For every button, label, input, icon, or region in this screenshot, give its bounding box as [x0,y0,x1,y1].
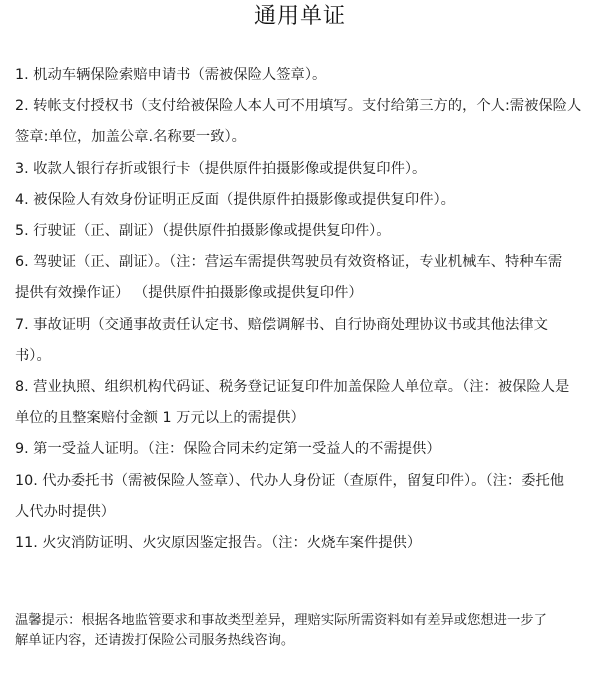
list-item-text: 4. 被保险人有效身份证明正反面（提供原件拍摄影像或提供复印件）。 [15,185,595,216]
list-item-text: 9. 第一受益人证明。（注：保险合同未约定第一受益人的不需提供） [15,434,595,465]
list-item-text: 5. 行驶证（正、副证）（提供原件拍摄影像或提供复印件）。 [15,216,595,247]
list-item-text: 10. 代办委托书（需被保险人签章）、代办人身份证（查原件，留复印件）。（注：委… [15,466,595,497]
document-list: 1. 机动车辆保险索赔申请书（需被保险人签章）。 2. 转帐支付授权书（支付给被… [15,60,595,559]
list-item-8: 8. 营业执照、组织机构代码证、税务登记证复印件加盖保险人单位章。（注：被保险人… [15,372,595,434]
list-item-text: 8. 营业执照、组织机构代码证、税务登记证复印件加盖保险人单位章。（注：被保险人… [15,372,595,403]
list-item-10: 10. 代办委托书（需被保险人签章）、代办人身份证（查原件，留复印件）。（注：委… [15,466,595,528]
list-item-2: 2. 转帐支付授权书（支付给被保险人本人可不用填写。支付给第三方的，个人:需被保… [15,91,595,153]
list-item-3: 3. 收款人银行存折或银行卡（提供原件拍摄影像或提供复印件）。 [15,154,595,185]
list-item-text: 6. 驾驶证（正、副证）。（注：营运车需提供驾驶员有效资格证，专业机械车、特种车… [15,247,595,278]
tip-text: 温馨提示：根据各地监管要求和事故类型差异，理赔实际所需资料如有差异或您想进一步了 [15,611,595,631]
list-item-1: 1. 机动车辆保险索赔申请书（需被保险人签章）。 [15,60,595,91]
list-item-text: 11. 火灾消防证明、火灾原因鉴定报告。（注：火烧车案件提供） [15,528,595,559]
warm-tip-note: 温馨提示：根据各地监管要求和事故类型差异，理赔实际所需资料如有差异或您想进一步了… [15,611,595,651]
list-item-text: 2. 转帐支付授权书（支付给被保险人本人可不用填写。支付给第三方的，个人:需被保… [15,91,595,122]
list-item-7: 7. 事故证明（交通事故责任认定书、赔偿调解书、自行协商处理协议书或其他法律文 … [15,310,595,372]
list-item-text: 3. 收款人银行存折或银行卡（提供原件拍摄影像或提供复印件）。 [15,154,595,185]
list-item-text-continued: 提供有效操作证） （提供原件拍摄影像或提供复印件） [15,278,595,309]
page-title: 通用单证 [0,2,600,32]
list-item-11: 11. 火灾消防证明、火灾原因鉴定报告。（注：火烧车案件提供） [15,528,595,559]
list-item-9: 9. 第一受益人证明。（注：保险合同未约定第一受益人的不需提供） [15,434,595,465]
list-item-4: 4. 被保险人有效身份证明正反面（提供原件拍摄影像或提供复印件）。 [15,185,595,216]
list-item-text-continued: 书）。 [15,341,595,372]
list-item-text-continued: 人代办时提供） [15,497,595,528]
tip-text-continued: 解单证内容，还请拨打保险公司服务热线咨询。 [15,631,595,651]
list-item-text: 1. 机动车辆保险索赔申请书（需被保险人签章）。 [15,60,595,91]
list-item-6: 6. 驾驶证（正、副证）。（注：营运车需提供驾驶员有效资格证，专业机械车、特种车… [15,247,595,309]
list-item-5: 5. 行驶证（正、副证）（提供原件拍摄影像或提供复印件）。 [15,216,595,247]
list-item-text-continued: 签章:单位，加盖公章.名称要一致）。 [15,122,595,153]
list-item-text: 7. 事故证明（交通事故责任认定书、赔偿调解书、自行协商处理协议书或其他法律文 [15,310,595,341]
list-item-text-continued: 单位的且整案赔付金额 1 万元以上的需提供） [15,403,595,434]
